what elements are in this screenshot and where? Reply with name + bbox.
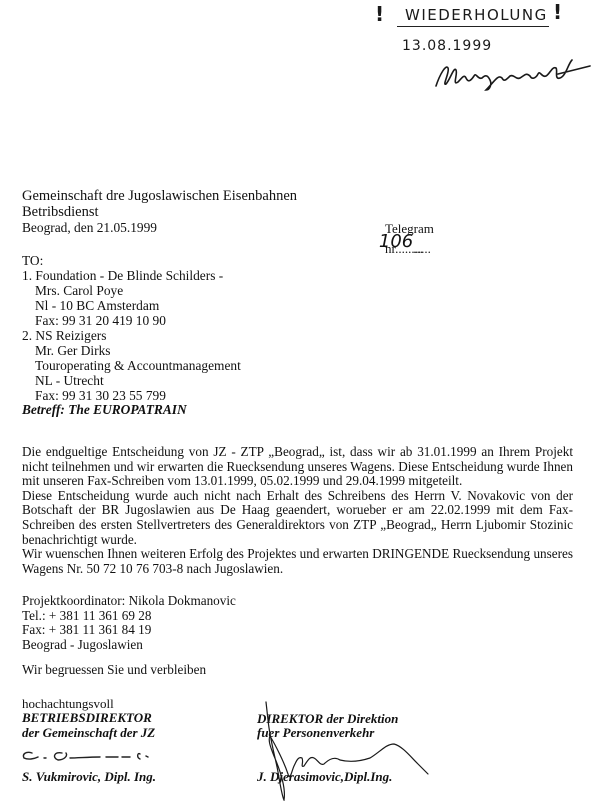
recipient-line: Fax: 99 31 30 23 55 799 bbox=[22, 388, 241, 403]
recipient-line: Mr. Ger Dirks bbox=[22, 343, 241, 358]
project-coordinator: Projektkoordinator: Nikola Dokmanovic bbox=[22, 594, 236, 609]
recipient-name: NS Reizigers bbox=[35, 328, 106, 343]
contact-location: Beograd - Jugoslawien bbox=[22, 638, 236, 653]
recipients-block: TO: 1. Foundation - De Blinde Schilders … bbox=[22, 253, 241, 403]
body-paragraph: Wir wuenschen Ihnen weiteren Erfolg des … bbox=[22, 547, 573, 576]
left-signatory-title: BETRIEBSDIREKTOR bbox=[22, 711, 155, 725]
contact-block: Projektkoordinator: Nikola Dokmanovic Te… bbox=[22, 594, 236, 652]
closing-phrase: hochachtungsvoll bbox=[22, 697, 155, 711]
contact-tel: Tel.: + 381 11 361 69 28 bbox=[22, 609, 236, 624]
recipient-1: 1. Foundation - De Blinde Schilders - bbox=[22, 268, 241, 283]
place-date: Beograd, den 21.05.1999 bbox=[22, 220, 297, 235]
repeat-stamp-text: WIEDERHOLUNG bbox=[405, 6, 548, 24]
left-handwritten-signature-icon bbox=[18, 748, 168, 764]
recipient-line: Touroperating & Accountmanagement bbox=[22, 358, 241, 373]
telegram-number-field: Telegram nr...........106... bbox=[385, 221, 475, 258]
exclamation-mark-left: ! bbox=[375, 2, 384, 26]
right-handwritten-signature-icon bbox=[230, 700, 430, 801]
subject-line: Betreff: The EUROPATRAIN bbox=[22, 402, 187, 418]
recipient-2: 2. NS Reizigers bbox=[22, 328, 241, 343]
telegram-dots-trailing: ... bbox=[413, 241, 423, 256]
body-paragraph: Diese Entscheidung wurde auch nicht nach… bbox=[22, 489, 573, 547]
recipient-index: 2. bbox=[22, 328, 32, 343]
recipient-line: Nl - 10 BC Amsterdam bbox=[22, 298, 241, 313]
handwritten-signature-icon bbox=[432, 56, 592, 94]
letter-body: Die endgueltige Entscheidung von JZ - ZT… bbox=[22, 445, 573, 576]
recipients-label: TO: bbox=[22, 253, 241, 268]
telegram-number: 106 bbox=[379, 231, 413, 252]
left-signature-block: hochachtungsvoll BETRIEBSDIREKTOR der Ge… bbox=[22, 697, 155, 740]
greeting: Wir begruessen Sie und verbleiben bbox=[22, 662, 206, 678]
left-signatory-subtitle: der Gemeinschaft der JZ bbox=[22, 726, 155, 740]
recipient-line: Mrs. Carol Poye bbox=[22, 283, 241, 298]
annotation-date: 13.08.1999 bbox=[402, 38, 492, 54]
organization-name: Gemeinschaft dre Jugoslawischen Eisenbah… bbox=[22, 188, 297, 204]
left-signatory-name: S. Vukmirovic, Dipl. Ing. bbox=[22, 769, 156, 785]
recipient-line: Fax: 99 31 20 419 10 90 bbox=[22, 313, 241, 328]
recipient-line: NL - Utrecht bbox=[22, 373, 241, 388]
body-paragraph: Die endgueltige Entscheidung von JZ - ZT… bbox=[22, 445, 573, 489]
recipient-name: Foundation - De Blinde Schilders - bbox=[35, 268, 223, 283]
department-name: Betribsdienst bbox=[22, 204, 297, 220]
sender-header: Gemeinschaft dre Jugoslawischen Eisenbah… bbox=[22, 188, 297, 235]
contact-fax: Fax: + 381 11 361 84 19 bbox=[22, 623, 236, 638]
exclamation-mark-right: ! bbox=[553, 0, 562, 24]
recipient-index: 1. bbox=[22, 268, 32, 283]
